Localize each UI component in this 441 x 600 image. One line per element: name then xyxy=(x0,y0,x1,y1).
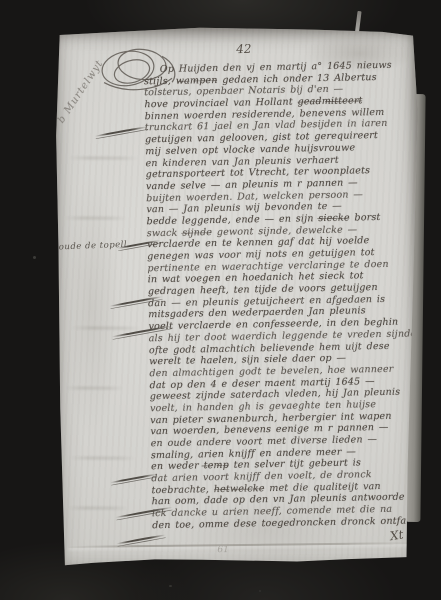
dust-speck xyxy=(33,256,36,259)
page-number: 42 xyxy=(224,41,265,57)
pen-stroke xyxy=(95,126,148,137)
manuscript-page: 42 b Murtelwyt oude de topell Op Huijden… xyxy=(54,25,421,572)
dust-speck xyxy=(169,585,172,587)
folio-number-faint: 61 xyxy=(208,545,238,555)
bleed-through-text xyxy=(70,456,136,459)
manuscript-text-block: Op Huijden den vj en martij a° 1645 nieu… xyxy=(144,59,421,531)
bleed-through-text xyxy=(68,156,138,159)
marginal-annotation-left: oude de topell xyxy=(59,239,155,253)
dust-speck xyxy=(259,590,261,592)
pen-stroke xyxy=(116,534,165,544)
bleed-through-text xyxy=(71,326,141,329)
bleed-through-text xyxy=(68,506,128,509)
bleed-through-text xyxy=(65,216,127,219)
closing-paraph: Xt xyxy=(389,527,404,543)
photo-background: 42 b Murtelwyt oude de topell Op Huijden… xyxy=(0,0,441,600)
bleed-through-text xyxy=(65,386,123,389)
